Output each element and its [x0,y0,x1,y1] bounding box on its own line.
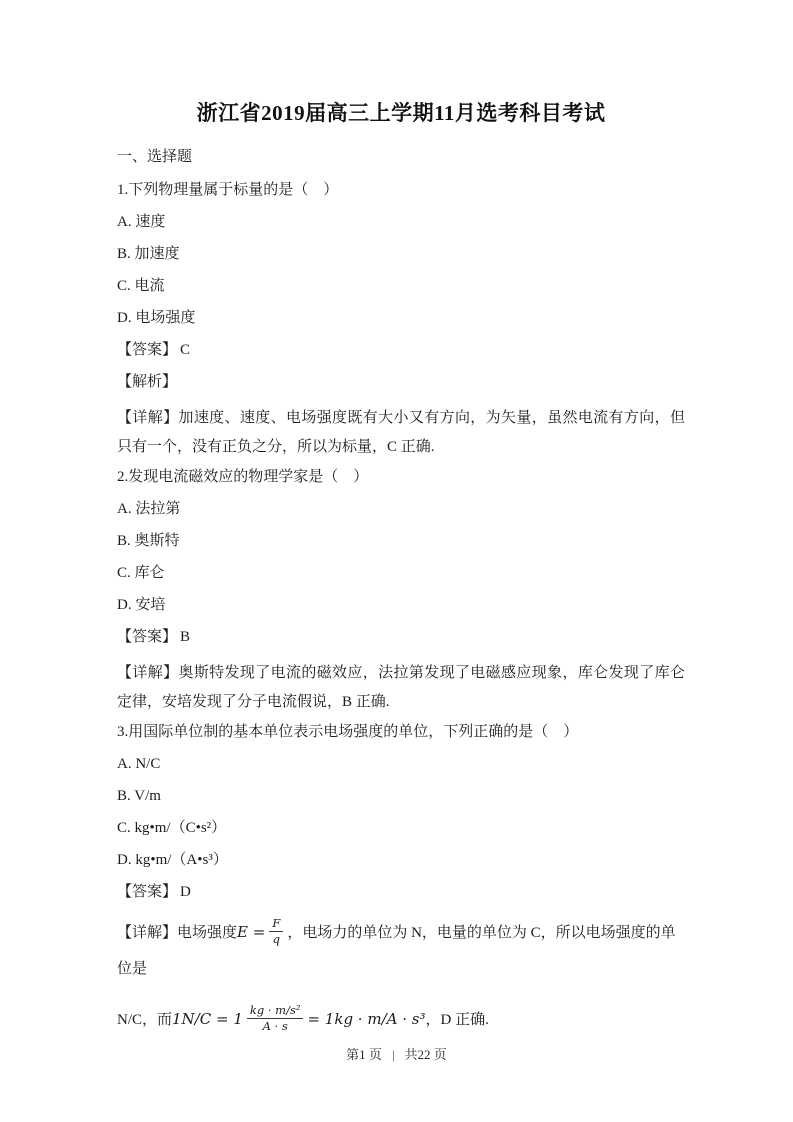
fraction-numerator: F [269,917,283,932]
question-3-detail-line-1: 【详解】电场强度E =Fq，电场力的单位为 N，电量的单位为 C，所以电场强度的… [117,914,685,987]
question-2-option-b: B. 奥斯特 [117,531,685,551]
page-title: 浙江省2019届高三上学期11月选考科目考试 [117,100,685,126]
question-2-option-c: C. 库仑 [117,563,685,583]
answer-label: 【答案】 [117,342,177,358]
question-1-option-d: D. 电场强度 [117,308,685,328]
exam-document-page: 浙江省2019届高三上学期11月选考科目考试 一、选择题 1.下列物理量属于标量… [0,0,793,1122]
fraction-units: kg · m/s²A · s [247,1004,304,1033]
answer-value: D [180,884,191,900]
question-block-2: 2.发现电流磁效应的物理学家是（ ） A. 法拉第 B. 奥斯特 C. 库仑 D… [117,467,685,717]
detail-text: 加速度、速度、电场强度既有大小又有方向，为矢量，虽然电流有方向，但只有一个，没有… [117,410,685,455]
question-2-answer-line: 【答案】B [117,627,685,647]
question-3-option-b: B. V/m [117,786,685,806]
detail-label: 【详解】 [117,410,178,426]
question-1-stem: 1.下列物理量属于标量的是（ ） [117,180,685,200]
answer-label: 【答案】 [117,629,177,645]
equation-unit-rhs: = 1kg · m/A · s³ [307,1010,425,1028]
fraction-numerator: kg · m/s² [247,1004,304,1019]
footer-page-number: 第1 页 [346,1047,382,1062]
question-3-option-d: D. kg•m/（A•s³） [117,850,685,870]
question-block-1: 1.下列物理量属于标量的是（ ） A. 速度 B. 加速度 C. 电流 D. 电… [117,180,685,462]
question-1-option-b: B. 加速度 [117,244,685,264]
detail-text-line2-end: ，D 正确. [425,1012,488,1028]
question-block-3: 3.用国际单位制的基本单位表示电场强度的单位，下列正确的是（ ） A. N/C … [117,722,685,1038]
answer-value: C [180,342,190,358]
question-1-option-c: C. 电流 [117,276,685,296]
question-1-analysis-label: 【解析】 [117,372,685,392]
footer-total-pages: 共22 页 [405,1047,447,1062]
question-1-detail: 【详解】加速度、速度、电场强度既有大小又有方向，为矢量，虽然电流有方向，但只有一… [117,404,685,462]
question-2-option-d: D. 安培 [117,595,685,615]
question-2-option-a: A. 法拉第 [117,499,685,519]
footer-separator: | [392,1047,395,1062]
equation-unit-lhs: 1N/C = 1 [172,1010,243,1028]
detail-text-prefix: 电场强度 [177,925,237,941]
question-2-detail: 【详解】奥斯特发现了电流的磁效应，法拉第发现了电磁感应现象，库仑发现了库仑定律，… [117,659,685,717]
question-3-option-c: C. kg•m/（C•s²） [117,818,685,838]
fraction-denominator: q [269,932,283,946]
fraction-f-over-q: Fq [269,917,283,946]
section-header: 一、选择题 [117,147,685,167]
detail-text: 奥斯特发现了电流的磁效应，法拉第发现了电磁感应现象，库仑发现了库仑定律，安培发现… [117,665,685,710]
detail-label: 【详解】 [117,665,178,681]
answer-value: B [180,629,190,645]
equation-e-equals: E = [237,923,265,941]
question-3-option-a: A. N/C [117,754,685,774]
question-1-answer-line: 【答案】C [117,340,685,360]
question-1-option-a: A. 速度 [117,212,685,232]
question-3-detail-line-2: N/C，而1N/C = 1kg · m/s²A · s= 1kg · m/A ·… [117,1001,685,1038]
detail-label: 【详解】 [117,925,177,941]
detail-text-line2-start: N/C，而 [117,1012,172,1028]
question-3-stem: 3.用国际单位制的基本单位表示电场强度的单位，下列正确的是（ ） [117,722,685,742]
answer-label: 【答案】 [117,884,177,900]
question-3-answer-line: 【答案】D [117,882,685,902]
page-footer: 第1 页|共22 页 [0,1044,793,1063]
question-2-stem: 2.发现电流磁效应的物理学家是（ ） [117,467,685,487]
fraction-denominator: A · s [247,1019,304,1033]
